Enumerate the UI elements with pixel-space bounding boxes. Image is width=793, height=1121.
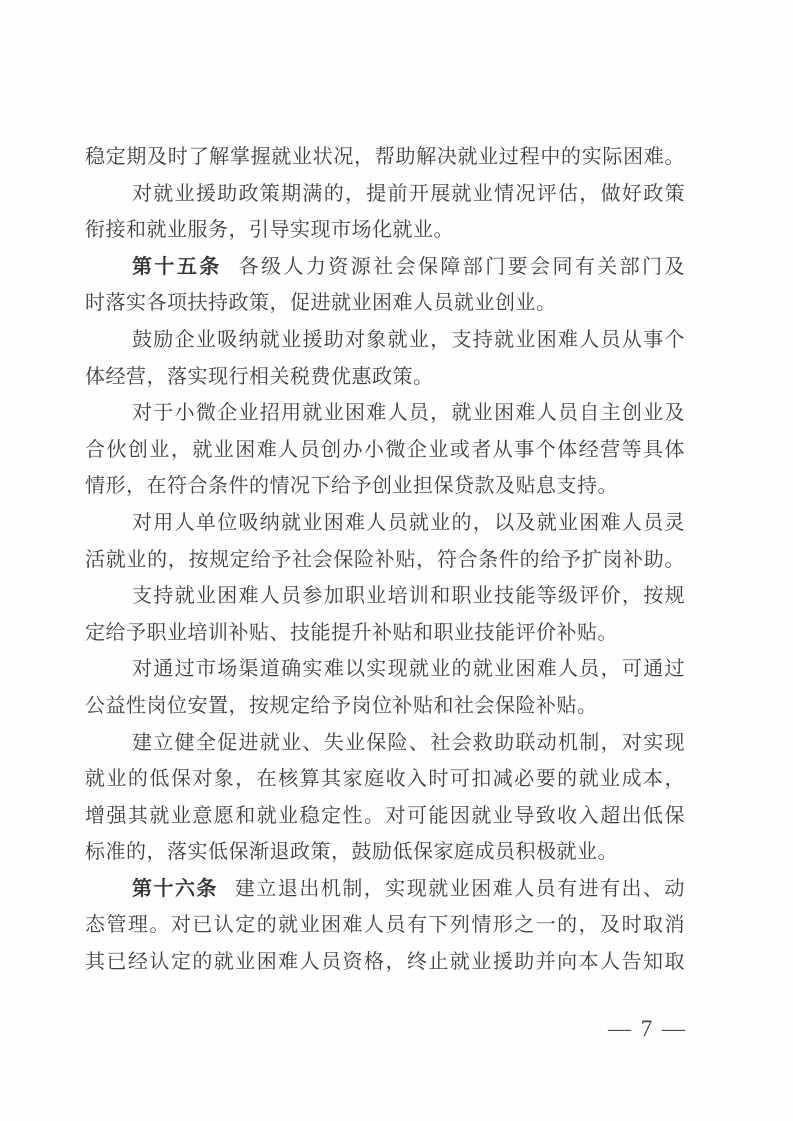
text-line: 就业的低保对象，在核算其家庭收入时可扣减必要的就业成本， [85, 761, 685, 798]
text-line: 支持就业困难人员参加职业培训和职业技能等级评价，按规 [85, 578, 685, 615]
text-line: 建立健全促进就业、失业保险、社会救助联动机制，对实现 [85, 725, 685, 762]
text-line: 体经营，落实现行相关税费优惠政策。 [85, 359, 685, 396]
text-line: 合伙创业，就业困难人员创办小微企业或者从事个体经营等具体 [85, 432, 685, 469]
line-text: 稳定期及时了解掌握就业状况，帮助解决就业过程中的实际困难。 [85, 146, 685, 168]
text-line: 公益性岗位安置，按规定给予岗位补贴和社会保险补贴。 [85, 688, 685, 725]
line-text: 标准的，落实低保渐退政策，鼓励低保家庭成员积极就业。 [85, 841, 618, 863]
text-line: 情形，在符合条件的情况下给予创业担保贷款及贴息支持。 [85, 468, 685, 505]
document-page: 稳定期及时了解掌握就业状况，帮助解决就业过程中的实际困难。 对就业援助政策期满的… [0, 0, 793, 1121]
text-line: 态管理。对已认定的就业困难人员有下列情形之一的，及时取消 [85, 907, 685, 944]
text-line: 对用人单位吸纳就业困难人员就业的，以及就业困难人员灵 [85, 505, 685, 542]
line-text: 各级人力资源社会保障部门要会同有关部门及 [239, 256, 685, 278]
line-text: 对用人单位吸纳就业困难人员就业的，以及就业困难人员灵 [132, 512, 685, 534]
article-number: 第十六条 [132, 878, 218, 900]
line-text: 支持就业困难人员参加职业培训和职业技能等级评价，按规 [132, 585, 685, 607]
line-text: 情形，在符合条件的情况下给予创业担保贷款及贴息支持。 [85, 475, 618, 497]
text-line: 定给予职业培训补贴、技能提升补贴和职业技能评价补贴。 [85, 615, 685, 652]
line-text: 对于小微企业招用就业困难人员，就业困难人员自主创业及 [132, 402, 685, 424]
text-line: 鼓励企业吸纳就业援助对象就业，支持就业困难人员从事个 [85, 322, 685, 359]
text-line: 对通过市场渠道确实难以实现就业的就业困难人员，可通过 [85, 651, 685, 688]
text-line: 第十五条各级人力资源社会保障部门要会同有关部门及 [85, 249, 685, 286]
text-line: 其已经认定的就业困难人员资格，终止就业援助并向本人告知取 [85, 944, 685, 981]
text-line: 稳定期及时了解掌握就业状况，帮助解决就业过程中的实际困难。 [85, 139, 685, 176]
line-text: 合伙创业，就业困难人员创办小微企业或者从事个体经营等具体 [85, 439, 685, 461]
text-line: 第十六条建立退出机制，实现就业困难人员有进有出、动 [85, 871, 685, 908]
line-text: 活就业的，按规定给予社会保险补贴，符合条件的给予扩岗补助。 [85, 549, 685, 571]
line-text: 鼓励企业吸纳就业援助对象就业，支持就业困难人员从事个 [132, 329, 685, 351]
page-number: — 7 — [608, 1016, 687, 1042]
document-body: 稳定期及时了解掌握就业状况，帮助解决就业过程中的实际困难。 对就业援助政策期满的… [85, 139, 685, 981]
line-text: 体经营，落实现行相关税费优惠政策。 [85, 366, 434, 388]
text-line: 活就业的，按规定给予社会保险补贴，符合条件的给予扩岗补助。 [85, 542, 685, 579]
line-text: 其已经认定的就业困难人员资格，终止就业援助并向本人告知取 [85, 951, 685, 973]
line-text: 增强其就业意愿和就业稳定性。对可能因就业导致收入超出低保 [85, 805, 685, 827]
line-text: 公益性岗位安置，按规定给予岗位补贴和社会保险补贴。 [85, 695, 598, 717]
line-text: 建立退出机制，实现就业困难人员有进有出、动 [235, 878, 685, 900]
text-line: 增强其就业意愿和就业稳定性。对可能因就业导致收入超出低保 [85, 798, 685, 835]
line-text: 态管理。对已认定的就业困难人员有下列情形之一的，及时取消 [85, 914, 685, 936]
line-text: 对通过市场渠道确实难以实现就业的就业困难人员，可通过 [132, 658, 685, 680]
line-text: 对就业援助政策期满的，提前开展就业情况评估，做好政策 [132, 183, 685, 205]
text-line: 对就业援助政策期满的，提前开展就业情况评估，做好政策 [85, 176, 685, 213]
line-text: 就业的低保对象，在核算其家庭收入时可扣减必要的就业成本， [85, 768, 685, 790]
text-line: 衔接和就业服务，引导实现市场化就业。 [85, 212, 685, 249]
text-line: 对于小微企业招用就业困难人员，就业困难人员自主创业及 [85, 395, 685, 432]
article-number: 第十五条 [132, 256, 222, 278]
text-line: 标准的，落实低保渐退政策，鼓励低保家庭成员积极就业。 [85, 834, 685, 871]
line-text: 定给予职业培训补贴、技能提升补贴和职业技能评价补贴。 [85, 622, 618, 644]
line-text: 时落实各项扶持政策，促进就业困难人员就业创业。 [85, 292, 557, 314]
text-line: 时落实各项扶持政策，促进就业困难人员就业创业。 [85, 285, 685, 322]
line-text: 衔接和就业服务，引导实现市场化就业。 [85, 219, 454, 241]
line-text: 建立健全促进就业、失业保险、社会救助联动机制，对实现 [132, 732, 685, 754]
